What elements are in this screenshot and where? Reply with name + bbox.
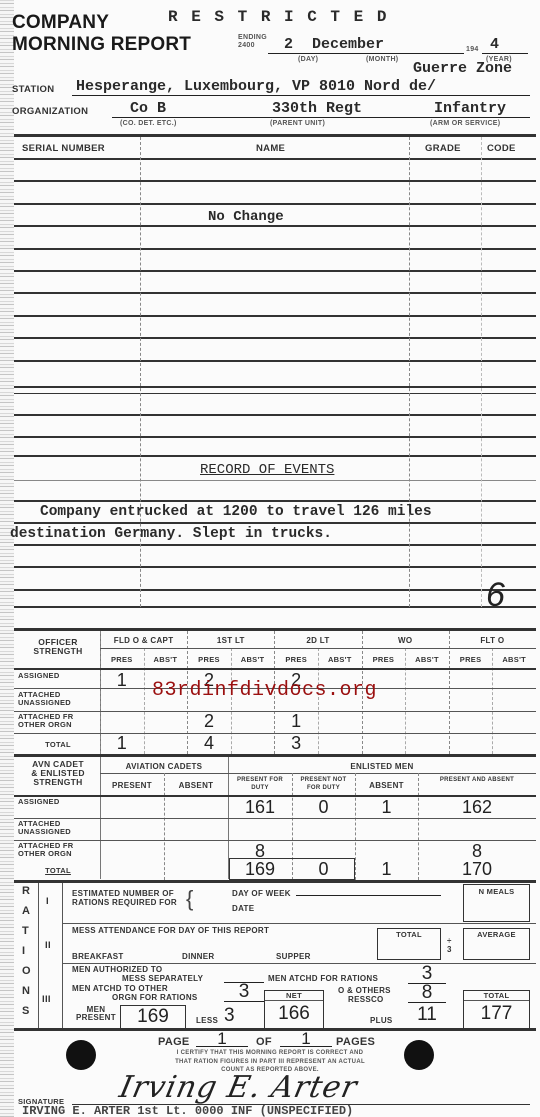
- enlisted-col-header: PRESENT NOT FOR DUTY: [292, 776, 355, 792]
- rule: [14, 292, 536, 294]
- sec2-num: II: [45, 940, 51, 951]
- officer-sub-header: ABS'T: [144, 655, 188, 664]
- rule: [14, 754, 536, 757]
- organization-label: ORGANIZATION: [12, 106, 88, 117]
- men-auth-label-2: MESS SEPARATELY: [122, 974, 203, 983]
- certify-line-1: I CERTIFY THAT THIS MORNING REPORT IS CO…: [140, 1049, 400, 1058]
- rule: [14, 360, 536, 362]
- enlisted-cell: 170: [418, 859, 536, 880]
- officer-group-header: FLD O & CAPT: [100, 636, 187, 645]
- handwritten-initial: 6: [486, 576, 505, 615]
- enlisted-row-label: ATTACHED FR OTHER ORGN: [18, 842, 98, 858]
- col-sep: [492, 648, 493, 754]
- enlisted-row-label: ASSIGNED: [18, 798, 98, 806]
- rule: [14, 436, 536, 438]
- atchd-for-rations-value: 3: [408, 964, 446, 984]
- rations-letter: T: [22, 925, 29, 937]
- year-digit: 4: [490, 36, 499, 53]
- net-label: NET: [265, 991, 323, 1001]
- pages-label: PAGES: [336, 1036, 375, 1048]
- officer-cell: 1: [100, 733, 144, 754]
- net-box: NET 166: [264, 990, 324, 1030]
- total-highlight-box: [229, 858, 355, 880]
- rule: [62, 963, 536, 964]
- mess-attendance-label: MESS ATTENDANCE FOR DAY OF THIS REPORT: [72, 926, 269, 935]
- rations-letter: A: [22, 905, 30, 917]
- no-change-entry: No Change: [208, 209, 284, 225]
- col-sep: [144, 648, 145, 754]
- less-label: LESS: [196, 1016, 218, 1025]
- org-company: Co B: [130, 100, 166, 117]
- rule: [14, 393, 536, 394]
- day-of-week-label: DAY OF WEEK: [232, 889, 291, 898]
- sub-arm: (ARM OR SERVICE): [430, 120, 500, 127]
- date-month: December: [312, 36, 384, 53]
- enlisted-cell: 1: [355, 797, 418, 818]
- enlisted-col-header: PRESENT FOR DUTY: [228, 776, 292, 792]
- rule: [14, 248, 536, 250]
- men-present-value: 169: [121, 1006, 185, 1028]
- scan-edge-noise: [0, 0, 14, 1117]
- col-code: CODE: [487, 143, 516, 154]
- officer-sub-header: PRES: [362, 655, 406, 664]
- no-meals-box: N MEALS: [463, 884, 530, 922]
- col-sep: [481, 137, 482, 607]
- date-day: 2: [284, 36, 293, 53]
- of-label: OF: [256, 1036, 272, 1048]
- brace: {: [186, 886, 193, 912]
- form-title-line1: COMPANY: [12, 12, 109, 34]
- rule: [14, 225, 536, 227]
- enlisted-cell: 0: [292, 797, 355, 818]
- date-label: DATE: [232, 904, 254, 913]
- events-line2: destination Germany. Slept in trucks.: [10, 526, 332, 542]
- sec1-num: I: [46, 896, 49, 907]
- ending-label: ENDING 2400: [238, 34, 267, 50]
- rule: [14, 203, 536, 205]
- officer-row-label: ASSIGNED: [18, 672, 98, 680]
- sub-parent: (PARENT UNIT): [270, 120, 325, 127]
- officer-strength-title: OFFICER STRENGTH: [18, 638, 98, 656]
- rule: [14, 180, 536, 182]
- officer-sub-header: ABS'T: [405, 655, 449, 664]
- men-atchd-label-2: ORGN FOR RATIONS: [112, 993, 198, 1002]
- atchd-for-rations-label: MEN ATCHD FOR RATIONS: [268, 974, 378, 983]
- rations-letter: R: [22, 885, 30, 897]
- enlisted-row-label: ATTACHED UNASSIGNED: [18, 820, 98, 836]
- others-label-1: O & OTHERS: [338, 986, 391, 995]
- sec1-label: ESTIMATED NUMBER OF RATIONS REQUIRED FOR: [72, 889, 177, 907]
- sec3-num: III: [42, 994, 51, 1005]
- officer-group-header: 1ST LT: [187, 636, 274, 645]
- ending-label-line1: ENDING: [238, 34, 267, 42]
- rule: [14, 606, 536, 608]
- officer-sub-header: ABS'T: [318, 655, 362, 664]
- officer-cell: 4: [187, 733, 231, 754]
- officer-sub-header: PRES: [100, 655, 144, 664]
- grand-total-box: TOTAL 177: [463, 990, 530, 1030]
- average-label: AVERAGE: [464, 930, 529, 939]
- rations-letter: S: [22, 1005, 29, 1017]
- rule: [14, 500, 536, 502]
- col-sep: [409, 137, 410, 607]
- classification-stamp: R E S T R I C T E D: [168, 8, 388, 26]
- org-regiment: 330th Regt: [272, 100, 362, 117]
- sub-org: (CO. DET. ETC.): [120, 120, 177, 127]
- rule: [62, 923, 536, 924]
- col-sep: [449, 631, 450, 754]
- officer-group-header: WO: [362, 636, 449, 645]
- rule: [14, 544, 536, 546]
- dinner-label: DINNER: [182, 952, 214, 961]
- page-label: PAGE: [158, 1036, 190, 1048]
- enlisted-col-header: ABSENT: [355, 781, 418, 790]
- signer-typed-name: IRVING E. ARTER 1st Lt. 0000 INF (UNSPEC…: [22, 1104, 353, 1117]
- col-serial-number: SERIAL NUMBER: [22, 143, 105, 154]
- station-value: Hesperange, Luxembourg, VP 8010 Nord de/: [76, 78, 436, 95]
- plus-value: 11: [408, 1004, 446, 1026]
- rule: [100, 773, 536, 774]
- net-value: 166: [265, 1001, 323, 1027]
- rule: [100, 648, 536, 649]
- officer-cell: 2: [187, 711, 231, 732]
- rule: [14, 337, 536, 339]
- officer-row-label: TOTAL: [18, 741, 98, 749]
- enlisted-strength-title: AVN CADET & ENLISTED STRENGTH: [16, 760, 100, 787]
- organization-field: Co B 330th Regt Infantry: [112, 100, 530, 118]
- enlisted-col-header: PRESENT AND ABSENT: [418, 776, 536, 784]
- station-extra: Guerre Zone: [413, 60, 512, 77]
- ending-label-line2: 2400: [238, 42, 267, 50]
- sub-month: (MONTH): [366, 56, 398, 63]
- watermark: 83rdinfdivdocs.org: [152, 679, 377, 702]
- station-label: STATION: [12, 84, 54, 95]
- officer-cell: 1: [274, 711, 318, 732]
- section-divider: [14, 1028, 536, 1031]
- divider: [14, 134, 536, 137]
- others-label-2: RESSCO: [348, 995, 384, 1004]
- officer-sub-header: PRES: [187, 655, 231, 664]
- rations-letter: I: [22, 945, 25, 957]
- grand-total-label: TOTAL: [464, 991, 529, 1001]
- org-branch: Infantry: [434, 100, 506, 117]
- year-field: 4: [482, 36, 528, 54]
- officer-row-label: ATTACHED UNASSIGNED: [18, 691, 98, 707]
- col-grade: GRADE: [425, 143, 461, 154]
- group-enlisted-men: ENLISTED MEN: [228, 762, 536, 771]
- rule: [14, 270, 536, 272]
- record-of-events-title: RECORD OF EVENTS: [200, 462, 334, 478]
- sub-day: (DAY): [298, 56, 318, 63]
- col-sep: [164, 773, 165, 880]
- binder-hole-left: [66, 1040, 96, 1070]
- station-field: Hesperange, Luxembourg, VP 8010 Nord de/: [72, 78, 530, 96]
- year-prefix: 194: [466, 46, 479, 53]
- men-present-label: MEN PRESENT: [74, 1006, 118, 1022]
- rule: [14, 795, 536, 797]
- signature-script: Irving E. Arter: [116, 1070, 360, 1105]
- men-present-box: 169: [120, 1005, 186, 1029]
- men-auth-label-1: MEN AUTHORIZED TO: [72, 965, 162, 974]
- others-value: 8: [408, 983, 446, 1003]
- men-atchd-label-1: MEN ATCHD TO OTHER: [72, 984, 168, 993]
- divide-by-3: ÷ 3: [447, 936, 455, 954]
- events-line1: Company entrucked at 1200 to travel 126 …: [40, 504, 432, 520]
- officer-group-header: 2D LT: [274, 636, 361, 645]
- enlisted-cell: 1: [355, 859, 418, 880]
- date-field: 2 December: [268, 36, 464, 54]
- men-atchd-value: 3: [224, 983, 264, 1002]
- officer-sub-header: ABS'T: [492, 655, 536, 664]
- enlisted-row-label: TOTAL: [18, 867, 98, 875]
- officer-row-label: ATTACHED FR OTHER ORGN: [18, 713, 98, 729]
- rule: [14, 158, 536, 160]
- rule: [14, 522, 536, 524]
- rule: [14, 589, 536, 591]
- page-total: 1: [280, 1030, 332, 1047]
- rule: [14, 386, 536, 388]
- men-present-label-2: PRESENT: [74, 1014, 118, 1022]
- rule: [14, 455, 536, 457]
- enlisted-col-header: ABSENT: [164, 781, 228, 790]
- enlisted-cell: 161: [228, 797, 292, 818]
- less-value: 3: [224, 1005, 235, 1027]
- rule: [14, 668, 536, 670]
- rule: [14, 818, 536, 819]
- certify-line-2: THAT RATION FIGURES IN PART III REPRESEN…: [140, 1058, 400, 1067]
- rule: [14, 880, 536, 883]
- officer-title-2: STRENGTH: [18, 647, 98, 656]
- officer-cell: 3: [274, 733, 318, 754]
- rule: [14, 480, 536, 481]
- mess-total-box: TOTAL: [377, 928, 441, 960]
- rations-letter: N: [22, 985, 30, 997]
- officer-sub-header: PRES: [449, 655, 493, 664]
- rations-letter: O: [22, 965, 31, 977]
- rule: [14, 414, 536, 416]
- average-box: AVERAGE: [463, 928, 530, 960]
- group-aviation-cadets: AVIATION CADETS: [100, 762, 228, 771]
- officer-sub-header: ABS'T: [231, 655, 275, 664]
- mess-total-label: TOTAL: [378, 930, 440, 939]
- col-sep: [62, 883, 63, 1028]
- no-meals-label: N MEALS: [464, 887, 529, 896]
- enlisted-col-header: PRESENT: [100, 781, 164, 790]
- rule: [14, 733, 536, 734]
- plus-label: PLUS: [370, 1016, 393, 1025]
- officer-group-header: FLT O: [449, 636, 536, 645]
- breakfast-label: BREAKFAST: [72, 952, 124, 961]
- form-title-line2: MORNING REPORT: [12, 34, 191, 56]
- col-name: NAME: [256, 143, 285, 154]
- morning-report-page: COMPANY MORNING REPORT R E S T R I C T E…: [0, 0, 540, 1117]
- enlisted-cell: 162: [418, 797, 536, 818]
- supper-label: SUPPER: [276, 952, 311, 961]
- officer-sub-header: PRES: [274, 655, 318, 664]
- col-sep: [405, 648, 406, 754]
- rule: [14, 566, 536, 568]
- grand-total-value: 177: [464, 1001, 529, 1027]
- enlisted-title-3: STRENGTH: [16, 778, 100, 787]
- binder-hole-right: [404, 1040, 434, 1070]
- col-sep: [38, 883, 39, 1028]
- rule: [14, 315, 536, 317]
- sec1-label-2: RATIONS REQUIRED FOR: [72, 898, 177, 907]
- rule: [14, 711, 536, 712]
- page-number: 1: [196, 1030, 248, 1047]
- sec1-label-1: ESTIMATED NUMBER OF: [72, 889, 177, 898]
- day-of-week-field[interactable]: [296, 886, 441, 896]
- rule: [14, 840, 536, 841]
